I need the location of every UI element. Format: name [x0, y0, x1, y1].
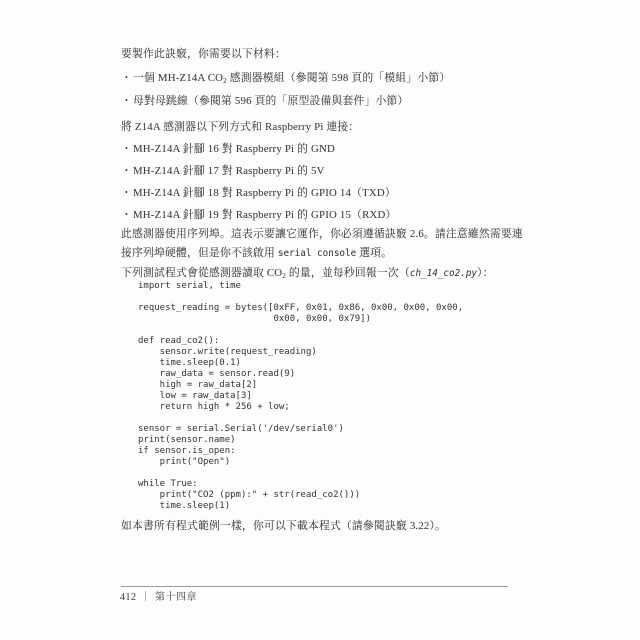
list-item: • MH-Z14A 針腳 18 對 Raspberry Pi 的 GPIO 14… [121, 185, 533, 201]
list-item-text: 母對母跳線（參閱第 596 頁的「原型設備與套件」小節） [133, 93, 533, 109]
wiring-intro-paragraph: 將 Z14A 感測器以下列方式和 Raspberry Pi 連接： [121, 119, 533, 135]
footer-divider [121, 586, 508, 587]
list-item-text: 一個 MH-Z14A CO2 感測器模組（參閱第 598 頁的「模組」小節） [133, 70, 533, 86]
book-page: 要製作此訣竅，你需要以下材料： • 一個 MH-Z14A CO2 感測器模組（參… [0, 0, 640, 640]
code-listing: import serial, time request_reading = by… [138, 281, 463, 512]
bullet-marker: • [121, 70, 133, 86]
list-item: • 母對母跳線（參閱第 596 頁的「原型設備與套件」小節） [121, 93, 533, 109]
list-item-text: MH-Z14A 針腳 16 對 Raspberry Pi 的 GND [133, 141, 533, 157]
bullet-marker: • [121, 207, 133, 223]
materials-intro-paragraph: 要製作此訣竅，你需要以下材料： [121, 46, 533, 62]
filename: ch_14_co2.py [410, 268, 477, 279]
test-program-intro-paragraph: 下列測試程式會從感測器讀取 CO2 的量，並每秒回報一次（ch_14_co2.p… [121, 265, 533, 282]
bullet-marker: • [121, 93, 133, 109]
list-item: • 一個 MH-Z14A CO2 感測器模組（參閱第 598 頁的「模組」小節） [121, 70, 533, 86]
list-item-text: MH-Z14A 針腳 18 對 Raspberry Pi 的 GPIO 14（T… [133, 185, 533, 201]
bullet-marker: • [121, 141, 133, 157]
download-note-paragraph: 如本書所有程式範例一樣，你可以下載本程式（請參閱訣竅 3.22）。 [121, 518, 533, 534]
chapter-title: 第十四章 [155, 592, 197, 603]
serial-note-paragraph: 此感測器使用序列埠。這表示要讓它運作，你必須遵循訣竅 2.6。請注意雖然需要連接… [121, 225, 533, 263]
list-item-text: MH-Z14A 針腳 19 對 Raspberry Pi 的 GPIO 15（R… [133, 207, 533, 223]
inline-code: serial console [278, 248, 356, 259]
page-number: 412 [120, 592, 137, 603]
bullet-marker: • [121, 163, 133, 179]
bullet-marker: • [121, 185, 133, 201]
list-item: • MH-Z14A 針腳 16 對 Raspberry Pi 的 GND [121, 141, 533, 157]
list-item: • MH-Z14A 針腳 19 對 Raspberry Pi 的 GPIO 15… [121, 207, 533, 223]
list-item: • MH-Z14A 針腳 17 對 Raspberry Pi 的 5V [121, 163, 533, 179]
footer-separator: ｜ [141, 592, 152, 603]
list-item-text: MH-Z14A 針腳 17 對 Raspberry Pi 的 5V [133, 163, 533, 179]
page-footer: 412｜第十四章 [120, 591, 197, 604]
